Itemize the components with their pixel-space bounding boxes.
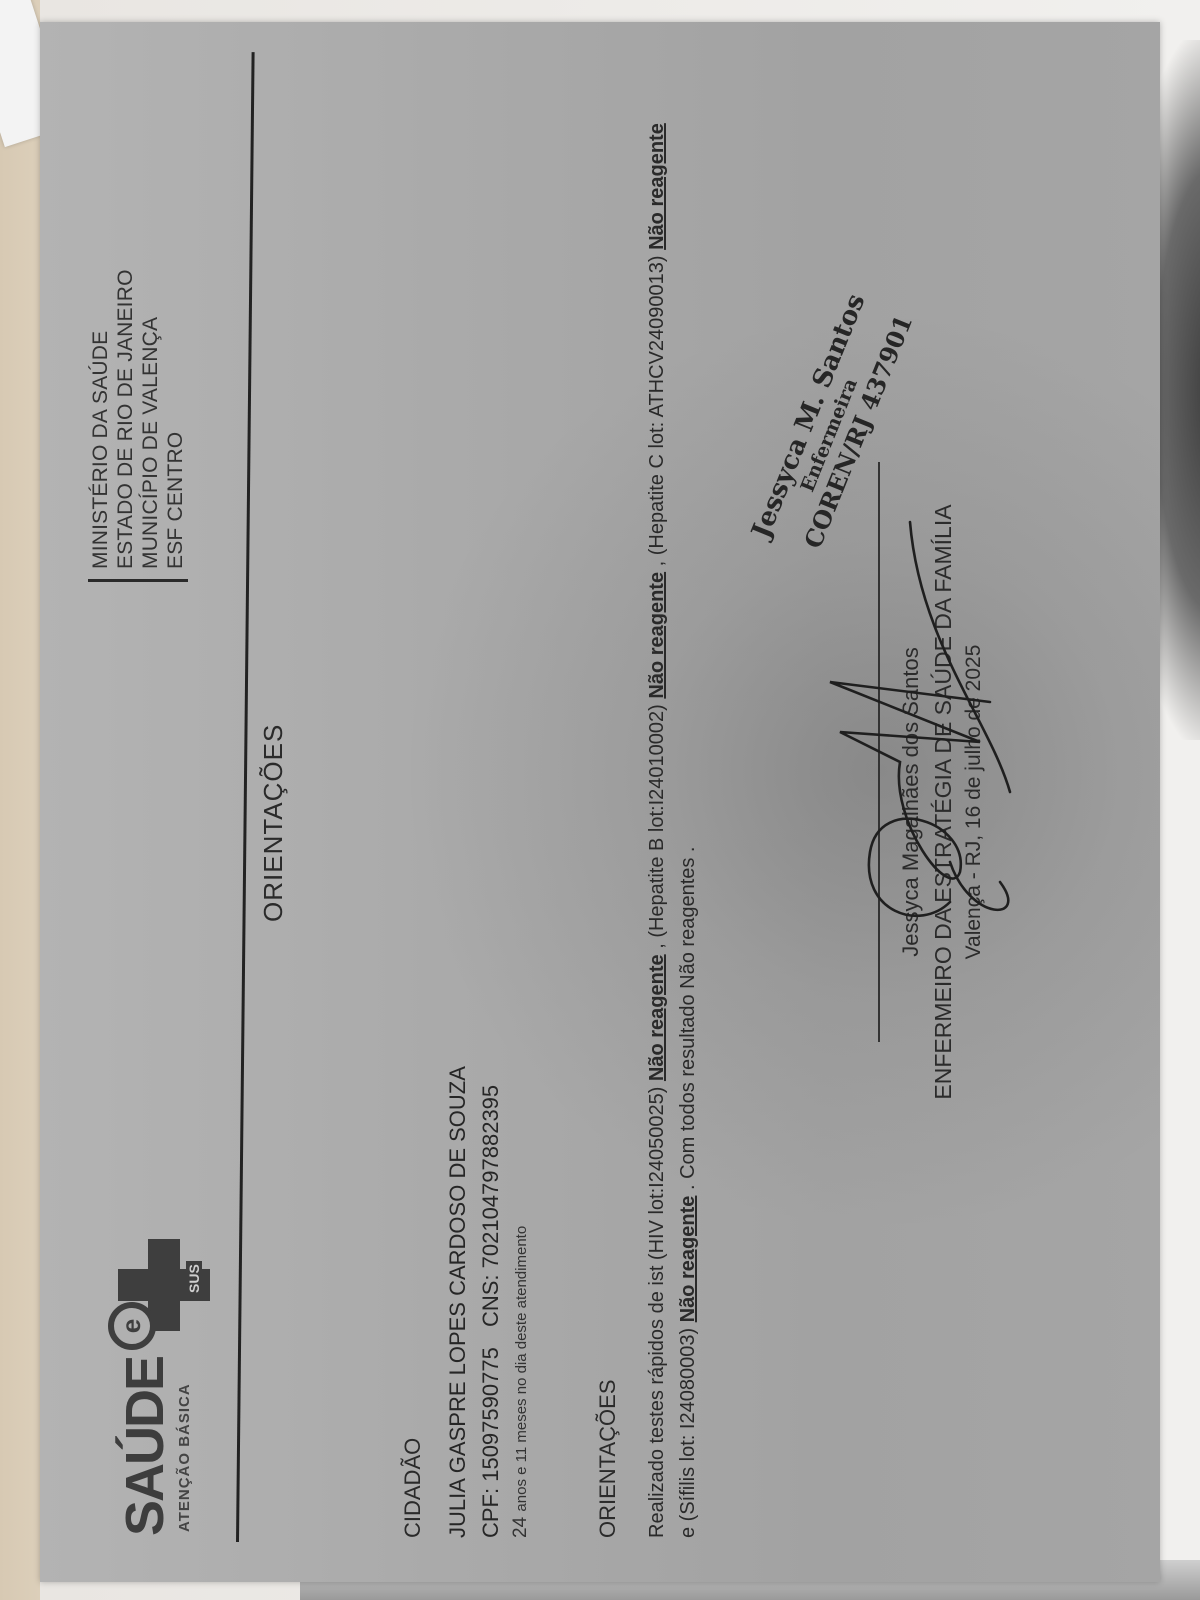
sheet-content: SAÚDE ATENÇÃO BÁSICA e SUS MINISTÉRIO DA… — [40, 22, 1160, 1582]
hepatitis-b-result: Não reagente — [646, 572, 668, 699]
citizen-name: JULIA GASPRE LOPES CARDOSO DE SOUZA — [445, 1066, 471, 1538]
citizen-age-number: 24 — [510, 1517, 531, 1538]
citizen-section-title: CIDADÃO — [400, 1438, 426, 1538]
state-line: ESTADO DE RIO DE JANEIRO — [113, 269, 138, 569]
text-segment: Realizado testes rápidos de ist (HIV lot… — [646, 1081, 668, 1538]
printed-sheet: SAÚDE ATENÇÃO BÁSICA e SUS MINISTÉRIO DA… — [40, 22, 1160, 1582]
unit-line: ESF CENTRO — [163, 269, 188, 569]
citizen-cns: CNS: 702104797882395 — [478, 1085, 503, 1327]
citizen-age-text: anos e 11 meses no dia deste atendimento — [513, 1226, 530, 1512]
place-and-date: Valença - RJ, 16 de julho de 2025 — [962, 22, 986, 1582]
signer-name: Jessyca Magalhães dos Santos — [898, 22, 924, 1582]
professional-stamp: Jessyca M. Santos Enfermeira COREN/RJ 43… — [748, 291, 918, 562]
text-segment: , (Hepatite B lot:I24010002) — [646, 699, 668, 955]
sus-badge: SUS — [186, 1261, 202, 1296]
orientations-section-title: ORIENTAÇÕES — [595, 1379, 621, 1538]
signer-role: ENFERMEIRO DA ESTRATÉGIA DE SAÚDE DA FAM… — [930, 22, 957, 1582]
document-photo: SAÚDE ATENÇÃO BÁSICA e SUS MINISTÉRIO DA… — [40, 22, 1160, 1582]
text-segment: . Com todos resultado Não reagentes . — [677, 847, 699, 1196]
esus-e-icon: e — [108, 1302, 156, 1350]
syphilis-result: Não reagente — [677, 1196, 699, 1323]
citizen-age: 24 anos e 11 meses no dia deste atendime… — [510, 1226, 532, 1538]
text-segment: , (Hepatite C lot: ATHCV24090013) — [646, 250, 668, 572]
hiv-result: Não reagente — [646, 954, 668, 1081]
text-segment: e (Sífilis lot: I24080003) — [677, 1322, 699, 1538]
citizen-ids: CPF: 15097590775 CNS: 702104797882395 — [478, 1071, 504, 1538]
signature-line — [878, 462, 880, 1042]
logo-subtitle: ATENÇÃO BÁSICA — [176, 1383, 193, 1532]
ministry-header: MINISTÉRIO DA SAÚDE ESTADO DE RIO DE JAN… — [88, 269, 188, 582]
ministry-line: MINISTÉRIO DA SAÚDE — [88, 269, 113, 569]
municipality-line: MUNICÍPIO DE VALENÇA — [138, 269, 163, 569]
orientations-text: Realizado testes rápidos de ist (HIV lot… — [642, 108, 704, 1538]
header-divider — [236, 52, 255, 1542]
logo-word: SAÚDE — [114, 1357, 176, 1536]
citizen-cpf: CPF: 15097590775 — [478, 1347, 503, 1538]
esus-logo: SAÚDE ATENÇÃO BÁSICA e SUS — [104, 1236, 224, 1536]
document-title: ORIENTAÇÕES — [258, 724, 289, 922]
hepatitis-c-result: Não reagente — [646, 123, 668, 250]
